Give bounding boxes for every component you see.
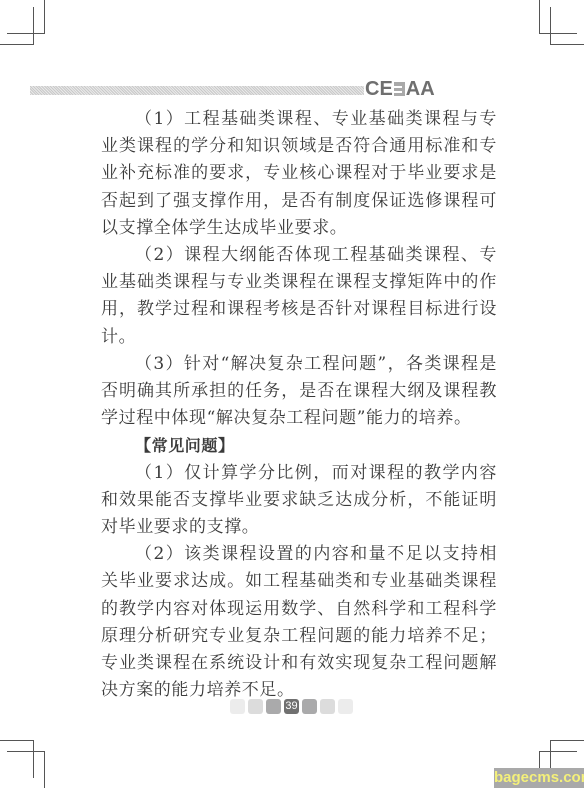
pager-block	[320, 699, 335, 714]
page-number: 39	[284, 699, 299, 714]
crop-mark-br-h1	[550, 740, 584, 741]
criterion-item-1: （1）工程基础类课程、专业基础类课程与专业类课程的学分和知识领域是否符合通用标准…	[101, 106, 497, 242]
section-heading-common-issues: 【常见问题】	[101, 432, 497, 459]
crop-mark-tr-v1	[550, 7, 551, 45]
issue-item-2: （2）该类课程设置的内容和量不足以支持相关毕业要求达成。如工程基础类和专业基础类…	[101, 541, 497, 704]
watermark: bagecms.com	[494, 768, 584, 788]
pager-block	[302, 699, 317, 714]
crop-mark-tr-h1	[539, 33, 577, 34]
issue-item-1: （1）仅计算学分比例，而对课程的教学内容和效果能否支撑毕业要求缺乏达成分析，不能…	[101, 460, 497, 542]
pager-block	[266, 699, 281, 714]
crop-mark-tl-v2	[44, 0, 45, 34]
crop-mark-bl-v2	[44, 751, 45, 788]
logo-text-right: AA	[406, 78, 435, 100]
header-hatched-bar	[30, 86, 364, 95]
page-indicator: 39	[230, 699, 353, 714]
pager-block	[230, 699, 245, 714]
crop-mark-bl-h1	[0, 740, 34, 741]
crop-mark-br-h2	[539, 751, 577, 752]
crop-mark-tl-h1	[7, 33, 45, 34]
crop-mark-tr-h2	[550, 44, 584, 45]
criterion-item-2: （2）课程大纲能否体现工程基础类课程、专业基础类课程与专业类课程在课程支撑矩阵中…	[101, 242, 497, 351]
crop-mark-bl-v1	[33, 740, 34, 778]
crop-mark-tl-h2	[0, 44, 34, 45]
page-body: （1）工程基础类课程、专业基础类课程与专业类课程的学分和知识领域是否符合通用标准…	[101, 106, 497, 704]
logo-e-block-icon	[394, 82, 405, 96]
crop-mark-tl-v1	[33, 7, 34, 45]
ceeaa-logo: CEAA	[365, 79, 435, 99]
crop-mark-tr-v2	[539, 0, 540, 34]
logo-text-left: CE	[365, 78, 393, 100]
criterion-item-3: （3）针对“解决复杂工程问题”，各类课程是否明确其所承担的任务，是否在课程大纲及…	[101, 351, 497, 433]
pager-block	[248, 699, 263, 714]
pager-block	[338, 699, 353, 714]
crop-mark-bl-h2	[7, 751, 45, 752]
